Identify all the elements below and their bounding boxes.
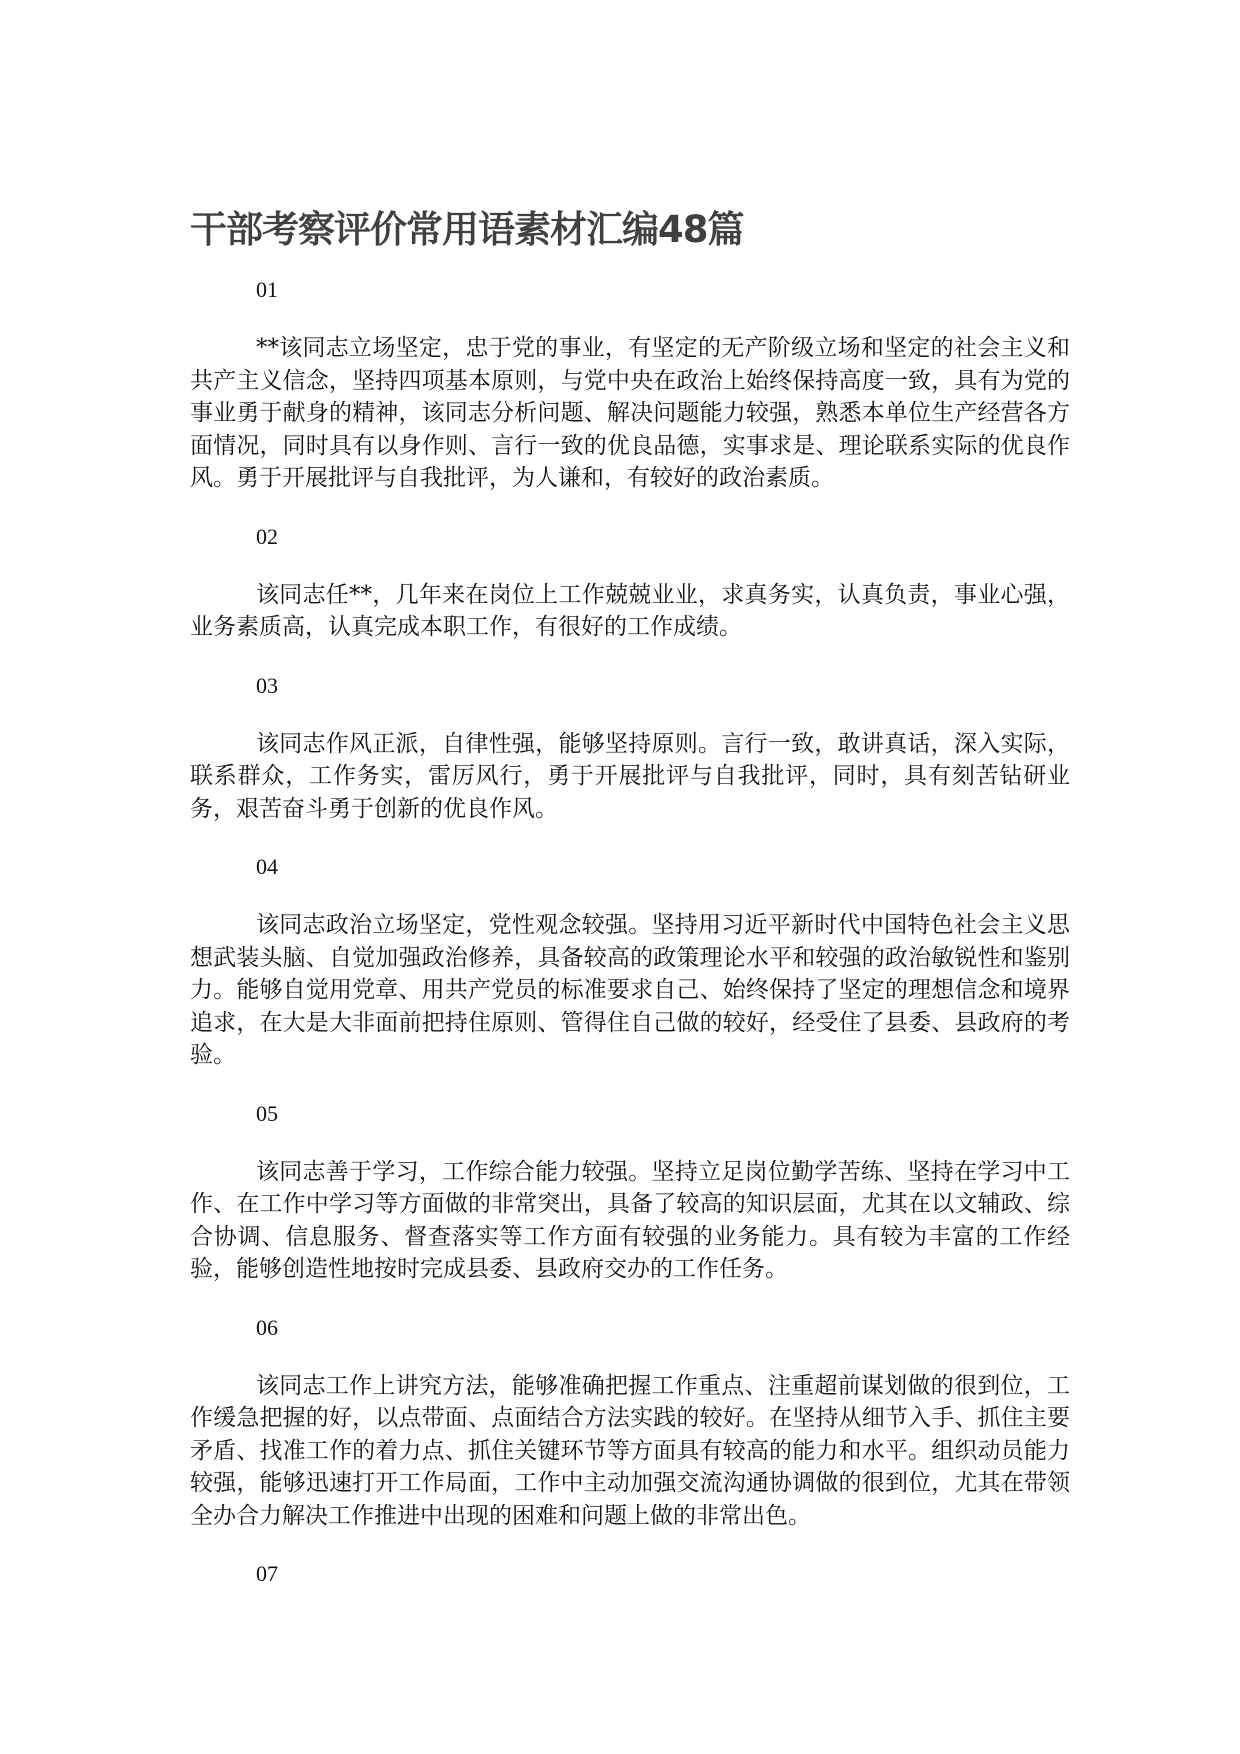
section-04: 04 该同志政治立场坚定，党性观念较强。坚持用习近平新时代中国特色社会主义思想武… [190, 853, 1070, 1072]
section-07: 07 [190, 1560, 1070, 1588]
section-number: 05 [190, 1100, 1070, 1128]
section-number: 07 [190, 1560, 1070, 1588]
document-page: 干部考察评价常用语素材汇编48篇 01 **该同志立场坚定，忠于党的事业，有坚定… [190, 206, 1070, 1616]
document-title: 干部考察评价常用语素材汇编48篇 [190, 206, 1070, 254]
section-06: 06 该同志工作上讲究方法，能够准确把握工作重点、注重超前谋划做的很到位，工作缓… [190, 1314, 1070, 1533]
section-paragraph: **该同志立场坚定，忠于党的事业，有坚定的无产阶级立场和坚定的社会主义和共产主义… [190, 332, 1070, 495]
section-number: 03 [190, 672, 1070, 700]
section-paragraph: 该同志政治立场坚定，党性观念较强。坚持用习近平新时代中国特色社会主义思想武装头脑… [190, 909, 1070, 1072]
section-number: 04 [190, 853, 1070, 881]
section-number: 01 [190, 276, 1070, 304]
section-01: 01 **该同志立场坚定，忠于党的事业，有坚定的无产阶级立场和坚定的社会主义和共… [190, 276, 1070, 495]
section-number: 06 [190, 1314, 1070, 1342]
section-paragraph: 该同志任**，几年来在岗位上工作兢兢业业，求真务实，认真负责，事业心强，业务素质… [190, 579, 1070, 644]
section-02: 02 该同志任**，几年来在岗位上工作兢兢业业，求真务实，认真负责，事业心强，业… [190, 523, 1070, 644]
section-paragraph: 该同志作风正派，自律性强，能够坚持原则。言行一致，敢讲真话，深入实际，联系群众，… [190, 728, 1070, 826]
section-05: 05 该同志善于学习，工作综合能力较强。坚持立足岗位勤学苦练、坚持在学习中工作、… [190, 1100, 1070, 1286]
section-paragraph: 该同志善于学习，工作综合能力较强。坚持立足岗位勤学苦练、坚持在学习中工作、在工作… [190, 1156, 1070, 1286]
section-number: 02 [190, 523, 1070, 551]
section-paragraph: 该同志工作上讲究方法，能够准确把握工作重点、注重超前谋划做的很到位，工作缓急把握… [190, 1370, 1070, 1533]
section-03: 03 该同志作风正派，自律性强，能够坚持原则。言行一致，敢讲真话，深入实际，联系… [190, 672, 1070, 826]
